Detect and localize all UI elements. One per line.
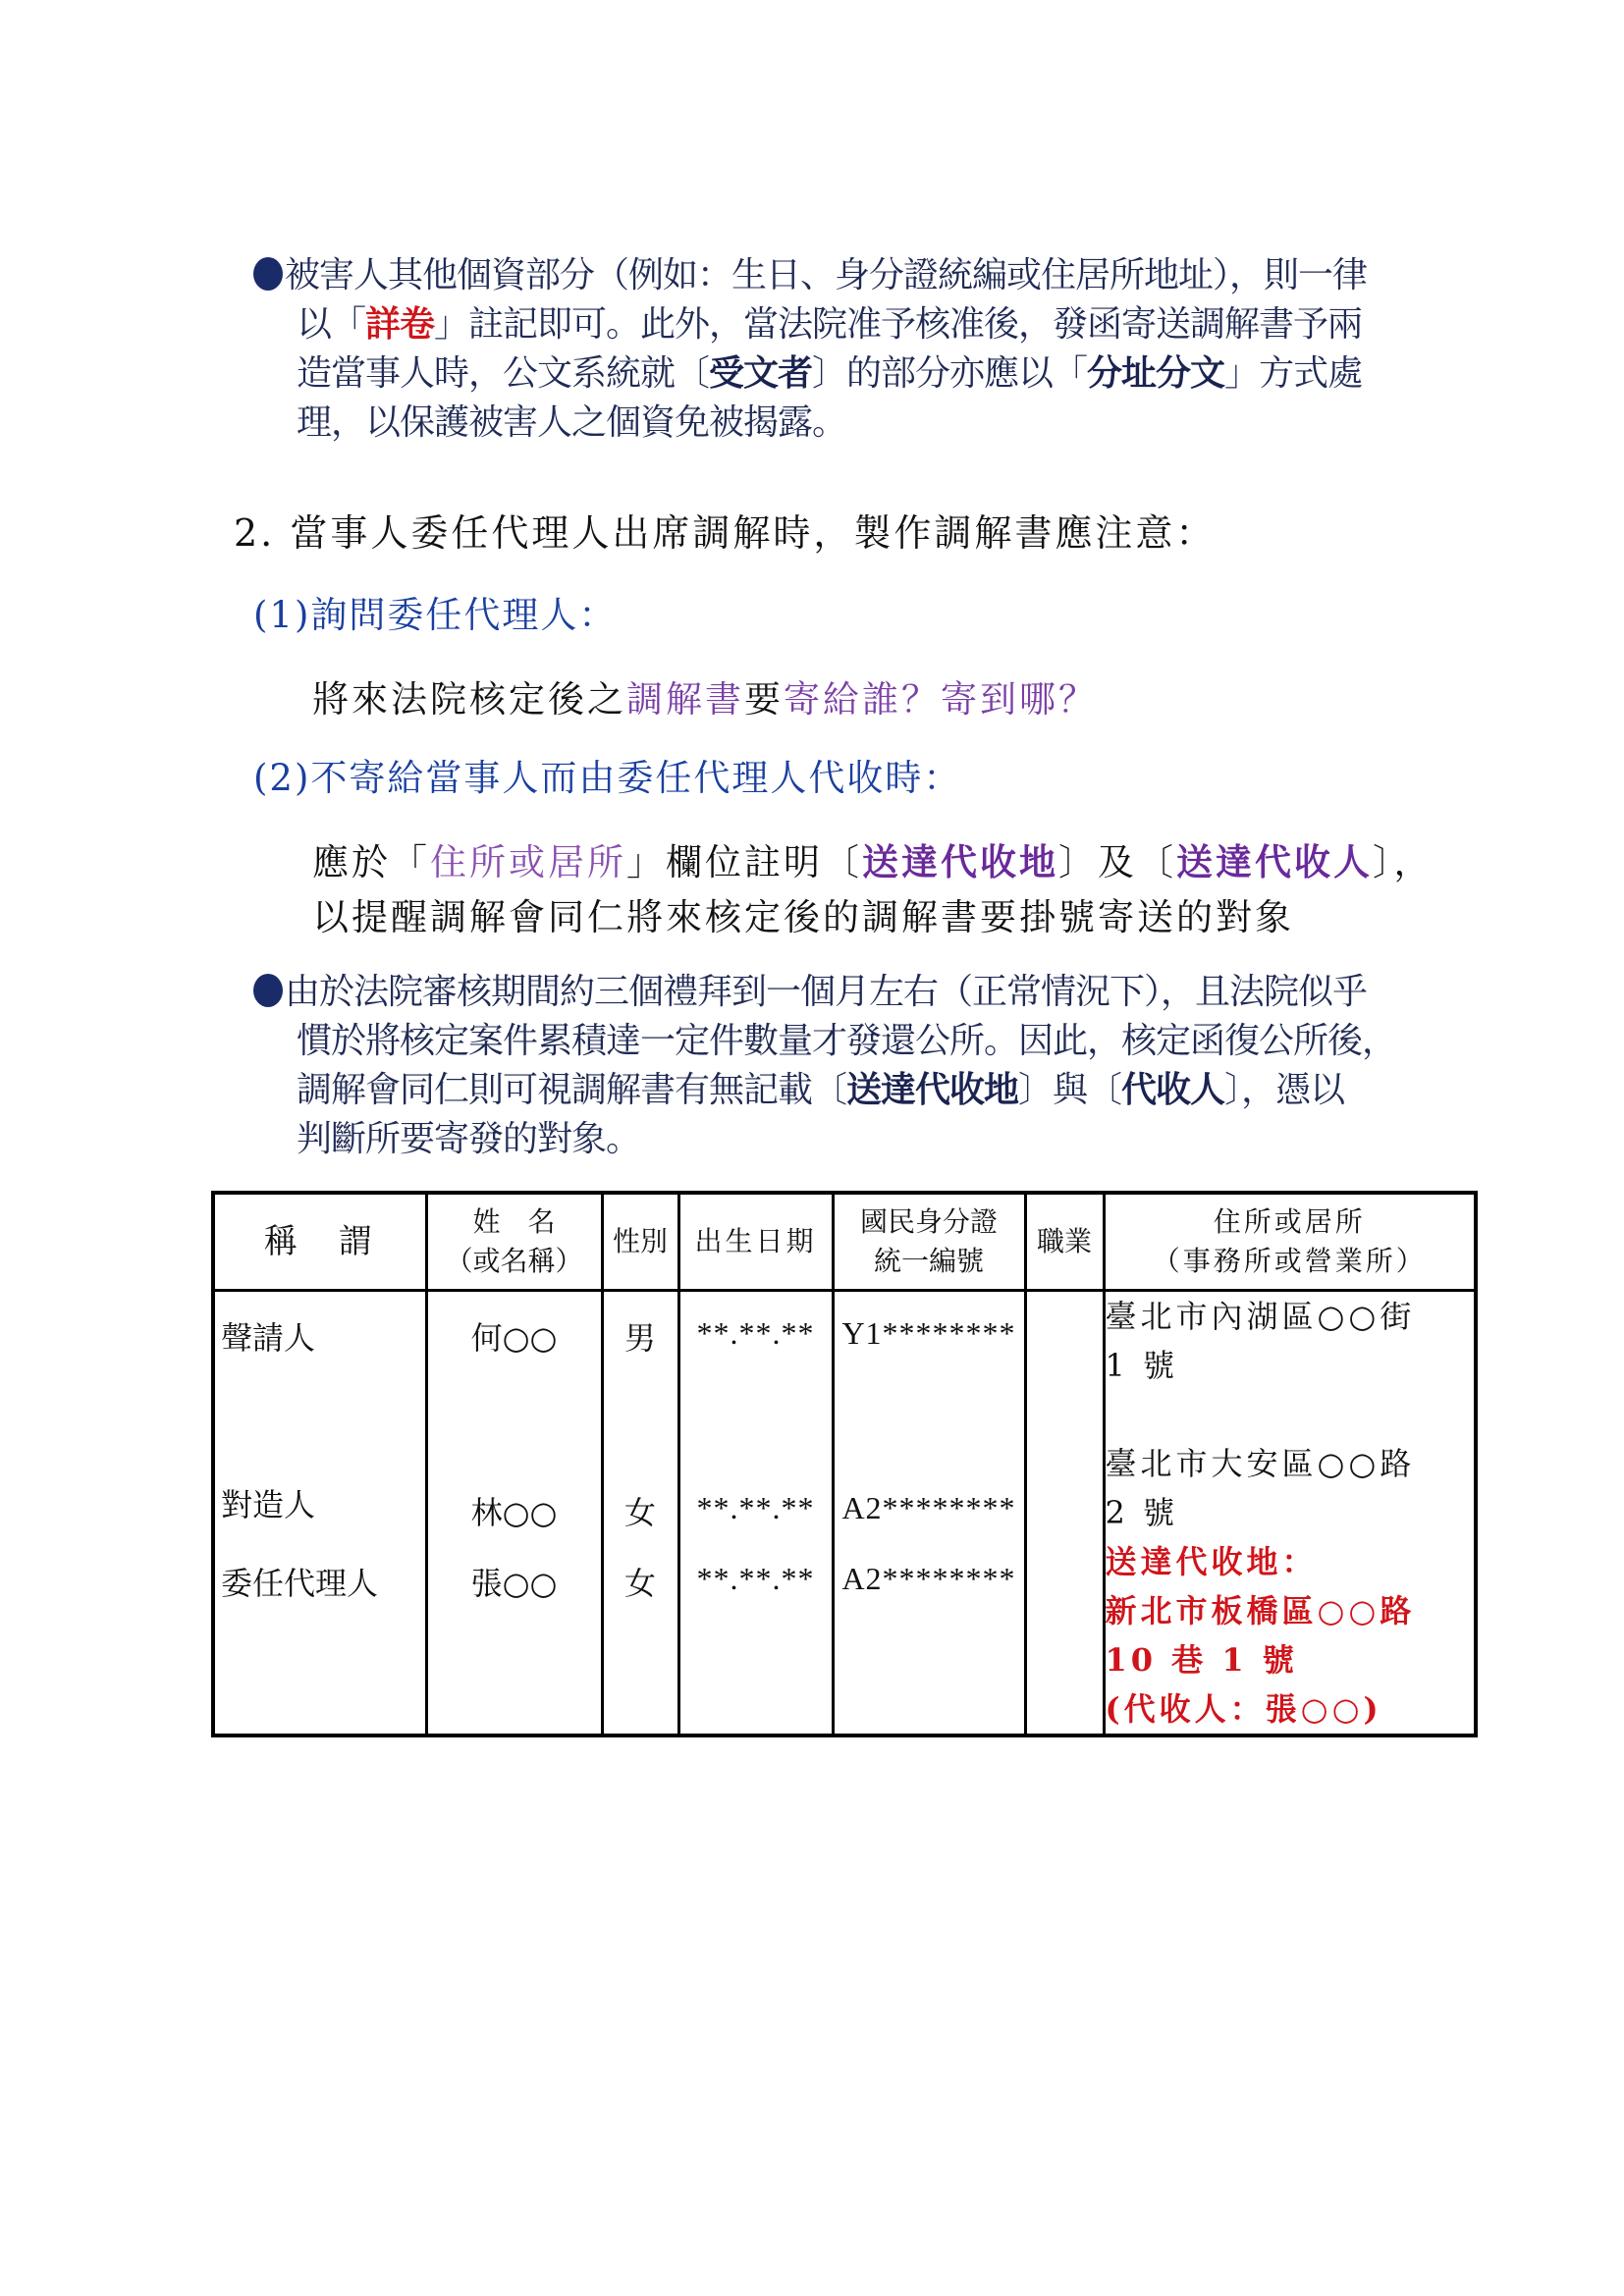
text-fragment: 〕與〔 [1018,1070,1121,1110]
cell-job [1025,1291,1104,1736]
text-line: 判斷所要寄發的對象。 [297,1119,640,1159]
row-address: 臺北市大安區○○路 [1106,1439,1475,1488]
subheading-2: (2)不寄給當事人而由委任代理人代收時： [253,748,961,801]
emphasis-bold: 分址分文 [1087,353,1224,394]
text-fragment: 〕的部分亦應以「 [812,353,1087,394]
emphasis-purple: 住所或居所 [430,841,626,883]
header-job: 職業 [1025,1193,1104,1291]
row-sex: 女 [604,1559,677,1604]
header-title: 稱 謂 [213,1193,426,1291]
sub2-body-line2: 以提醒調解會同仁將來核定後的調解書要掛號寄送的對象 [312,887,1294,940]
text-line: 慣於將核定案件累積達一定件數量才發還公所。因此，核定函復公所後， [297,1021,1396,1061]
sub2-body-line1: 應於「住所或居所」欄位註明〔送達代收地〕及〔送達代收人〕， [312,832,1434,885]
text-fragment: 以「 [297,304,365,345]
row-title-respondent: 對造人 [215,1461,425,1559]
row-address: 1 號 [1106,1341,1475,1439]
header-address-line1: 住所或居所 [1106,1202,1475,1242]
text-fragment: 〕及〔 [1058,841,1176,883]
cell-id: Y1******** A2******** A2******** [833,1291,1025,1736]
emphasis-purple: 寄給誰？寄到哪？ [784,678,1098,721]
section-heading-2: 2. 當事人委任代理人出席調解時，製作調解書應注意： [234,503,1216,557]
sub1-body: 將來法院核定後之調解書要寄給誰？寄到哪？ [312,669,1098,722]
header-sex: 性別 [602,1193,678,1291]
row-address: 臺北市內湖區○○街 [1106,1292,1475,1341]
delivery-address-label: 送達代收地： [1106,1537,1475,1586]
bullet-icon [253,974,283,1007]
emphasis-red: 詳卷 [365,304,434,345]
header-id-line1: 國民身分證 [835,1202,1024,1242]
text-fragment: 〕， [1373,841,1434,883]
text-fragment: 調解會同仁則可視調解書有無記載〔 [297,1070,846,1110]
cell-name: 何○○ 林○○ 張○○ [426,1291,602,1736]
text-fragment: 造當事人時，公文系統就〔 [297,353,709,394]
cell-title: 聲請人 對造人 委任代理人 [213,1291,426,1736]
row-name: 張○○ [428,1559,601,1604]
header-name-line1: 姓 名 [428,1202,601,1242]
cell-birth: **.**.** **.**.** **.**.** [678,1291,833,1736]
row-name: 林○○ [428,1461,601,1559]
text-fragment: 將來法院核定後之 [312,678,626,721]
delivery-address: 新北市板橋區○○路 [1106,1586,1475,1635]
header-address: 住所或居所 （事務所或營業所） [1104,1193,1476,1291]
delivery-address: 10 巷 1 號 [1106,1635,1475,1684]
row-sex: 男 [604,1292,677,1461]
table-row: 聲請人 對造人 委任代理人 何○○ 林○○ 張○○ 男 女 女 **.**.**… [213,1291,1476,1736]
delivery-recipient: (代收人：張○○) [1106,1684,1475,1734]
emphasis-purple-bold: 送達代收人 [1176,840,1373,883]
header-name: 姓 名 （或名稱） [426,1193,602,1291]
header-address-line2: （事務所或營業所） [1106,1242,1475,1281]
row-birth: **.**.** [680,1463,832,1561]
text-fragment: 應於「 [312,841,430,883]
row-id: A2******** [835,1463,1024,1561]
text-fragment: 」方式處 [1224,353,1362,394]
emphasis-purple-bold: 送達代收地 [862,840,1058,883]
cell-address: 臺北市內湖區○○街 1 號 臺北市大安區○○路 2 號 送達代收地： 新北市板橋… [1104,1291,1476,1736]
header-name-line2: （或名稱） [428,1242,601,1281]
parties-table: 稱 謂 姓 名 （或名稱） 性別 出生日期 國民身分證 統一編號 職業 住所或居… [211,1191,1478,1737]
header-id-line2: 統一編號 [835,1242,1024,1281]
text-fragment: 」註記即可。此外，當法院准予核准後，發函寄送調解書予兩 [434,304,1362,345]
header-birth: 出生日期 [678,1193,833,1291]
text-line: 由於法院審核期間約三個禮拜到一個月左右（正常情況下），且法院似乎 [285,972,1367,1012]
header-id: 國民身分證 統一編號 [833,1193,1025,1291]
emphasis-bold: 受文者 [709,353,812,394]
row-title-agent: 委任代理人 [215,1559,425,1604]
emphasis-bold: 代收人 [1121,1070,1224,1110]
subheading-1: (1)詢問委任代理人： [253,585,617,638]
table-header-row: 稱 謂 姓 名 （或名稱） 性別 出生日期 國民身分證 統一編號 職業 住所或居… [213,1193,1476,1291]
text-fragment: 」欄位註明〔 [626,841,862,883]
bullet-icon [253,257,283,291]
text-fragment: 要 [744,678,784,721]
row-id: A2******** [835,1561,1024,1597]
text-fragment: 〕，憑以 [1224,1070,1344,1110]
row-sex: 女 [604,1461,677,1559]
bullet-paragraph-privacy: 被害人其他個資部分（例如：生日、身分證統編或住居所地址），則一律 以「詳卷」註記… [253,251,1510,448]
row-address: 2 號 [1106,1488,1475,1537]
row-name: 何○○ [428,1292,601,1461]
cell-sex: 男 女 女 [602,1291,678,1736]
emphasis-bold: 送達代收地 [846,1070,1018,1110]
text-line: 理，以保護被害人之個資免被揭露。 [297,402,846,443]
row-birth: **.**.** [680,1292,832,1463]
emphasis-purple: 調解書 [626,678,744,721]
bullet-paragraph-court-review: 由於法院審核期間約三個禮拜到一個月左右（正常情況下），且法院似乎 慣於將核定案件… [253,968,1510,1164]
text-line: 被害人其他個資部分（例如：生日、身分證統編或住居所地址），則一律 [285,255,1367,295]
row-birth: **.**.** [680,1561,832,1597]
row-id: Y1******** [835,1292,1024,1463]
row-title-applicant: 聲請人 [215,1292,425,1461]
